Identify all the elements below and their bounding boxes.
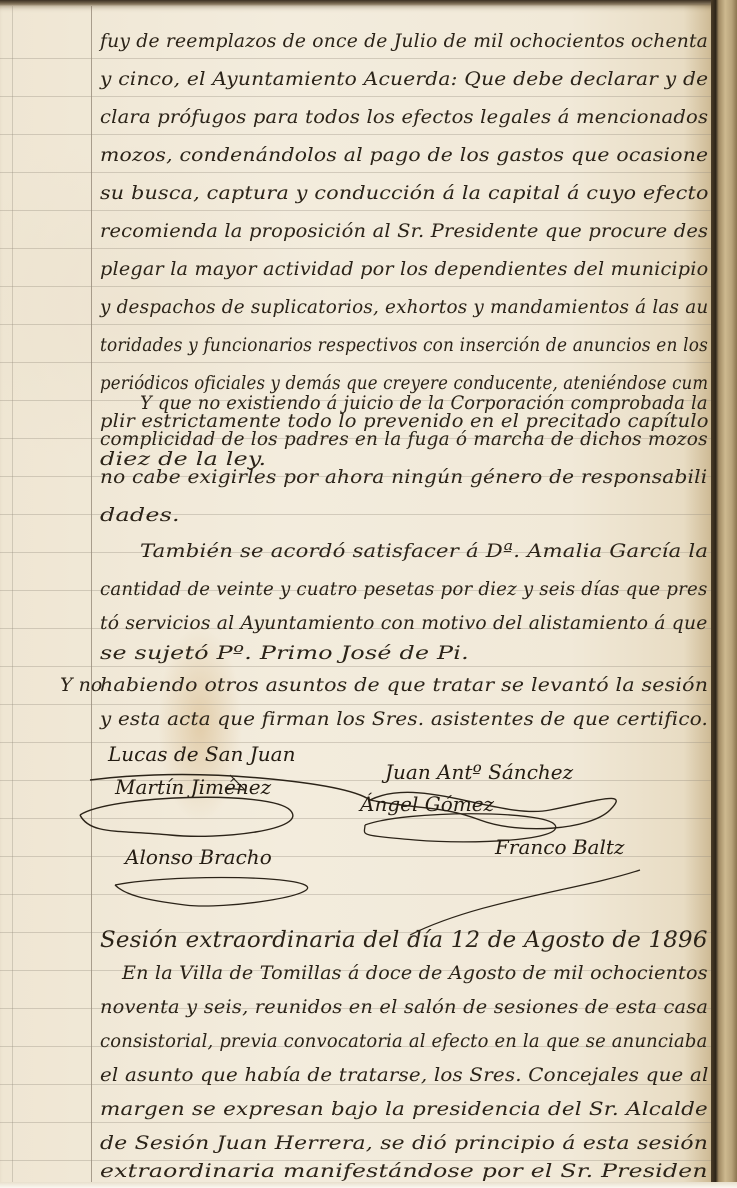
ruled-line — [0, 1122, 712, 1123]
text-line: cantidad de veinte y cuatro pesetas por … — [100, 578, 707, 600]
ruled-line — [0, 96, 712, 97]
text-line: complicidad de los padres en la fuga ó m… — [100, 428, 708, 450]
text-line: y despachos de suplicatorios, exhortos y… — [100, 296, 708, 318]
book-binding-shadow — [711, 0, 737, 1188]
text-line: se sujetó Pº. Primo José de Pi. — [100, 642, 469, 664]
text-line: su busca, captura y conducción á la capi… — [100, 182, 709, 204]
signature: Alonso Bracho — [125, 845, 272, 869]
page-top-edge — [0, 0, 737, 6]
text-line: noventa y seis, reunidos en el salón de … — [100, 996, 708, 1018]
text-line: margen se expresan bajo la presidencia d… — [100, 1098, 708, 1120]
session-heading: Sesión extraordinaria del día 12 de Agos… — [100, 928, 708, 953]
text-line: periódicos oficiales y demás que creyere… — [100, 372, 708, 394]
ruled-line — [0, 210, 712, 211]
ruled-line — [0, 742, 712, 743]
text-line: mozos, condenándolos al pago de los gast… — [100, 144, 708, 166]
ruled-line — [0, 248, 712, 249]
signature-flourish — [105, 875, 315, 915]
ruled-line — [0, 172, 712, 173]
text-line: recomienda la proposición al Sr. Preside… — [100, 220, 708, 242]
page-bottom-edge — [0, 1182, 737, 1188]
text-line: consistorial, previa convocatoria al efe… — [100, 1030, 707, 1052]
text-line: y esta acta que firman los Sres. asisten… — [100, 708, 708, 730]
left-margin-rule — [91, 6, 92, 1182]
text-line: el asunto que había de tratarse, los Sre… — [100, 1064, 709, 1086]
text-line: y cinco, el Ayuntamiento Acuerda: Que de… — [100, 68, 708, 90]
outer-margin-rule — [12, 6, 13, 1182]
ruled-line — [0, 324, 712, 325]
ruled-line — [0, 704, 712, 705]
text-line: toridades y funcionarios respectivos con… — [100, 334, 708, 356]
margin-note: Y no — [60, 674, 102, 696]
signature: Franco Baltz — [495, 835, 624, 859]
text-line: plegar la mayor actividad por los depend… — [100, 258, 708, 280]
text-line: de Sesión Juan Herrera, se dió principio… — [100, 1132, 708, 1154]
ruled-line — [0, 362, 712, 363]
text-line: También se acordó satisfacer á Dª. Amali… — [140, 540, 708, 562]
text-line: dades. — [100, 504, 180, 526]
text-line: En la Villa de Tomillas á doce de Agosto… — [122, 962, 708, 984]
text-line: habiendo otros asuntos de que tratar se … — [100, 674, 708, 696]
ruled-line — [0, 666, 712, 667]
text-line: extraordinaria manifestándose por el Sr.… — [100, 1160, 708, 1182]
ruled-line — [0, 58, 712, 59]
text-line: no cabe exigirles por ahora ningún géner… — [100, 466, 707, 488]
text-line: clara prófugos para todos los efectos le… — [100, 106, 708, 128]
ruled-line — [0, 134, 712, 135]
ruled-line — [0, 286, 712, 287]
text-line: Y que no existiendo á juicio de la Corpo… — [140, 392, 708, 414]
text-line: tó servicios al Ayuntamiento con motivo … — [100, 612, 708, 634]
signature-flourish — [70, 795, 310, 845]
text-line: fuy de reemplazos de once de Julio de mi… — [100, 30, 708, 52]
